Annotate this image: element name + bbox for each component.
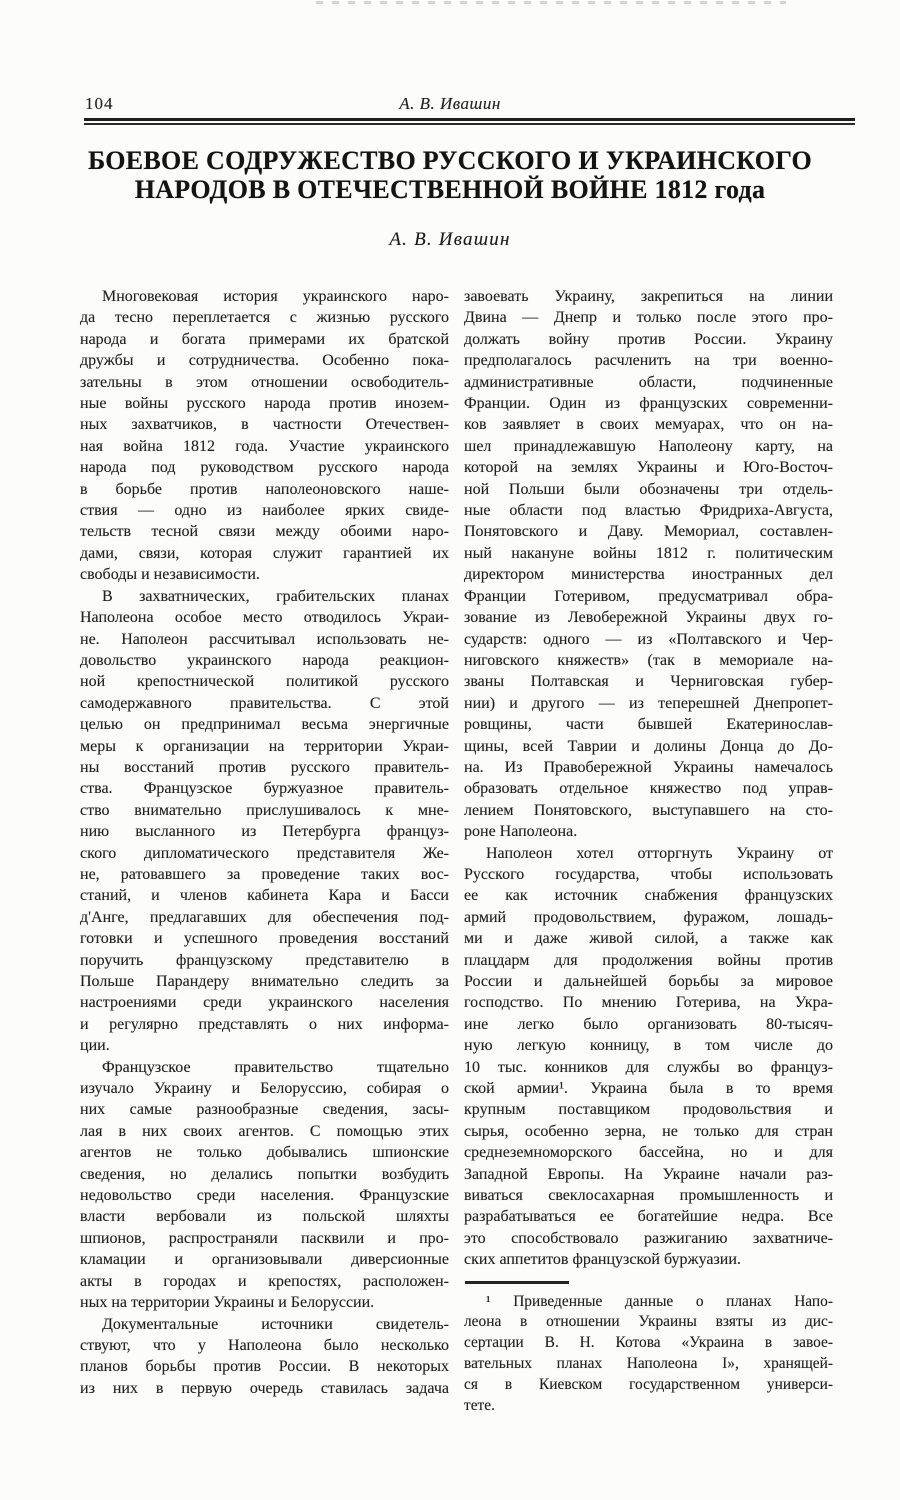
text-line: ная война 1812 года. Участие украинского bbox=[80, 436, 449, 457]
text-line: них самые разнообразные сведения, засы- bbox=[80, 1099, 449, 1120]
title-line-2: НАРОДОВ В ОТЕЧЕСТВЕННОЙ ВОЙНЕ 1812 года bbox=[0, 176, 900, 205]
text-line: тельств тесной связи между обоими наро- bbox=[80, 521, 449, 542]
text-line: это способствовало разжиганию захватниче… bbox=[464, 1228, 833, 1249]
text-line: сведения, но делались попытки возбудить bbox=[80, 1164, 449, 1185]
text-line: нию высланного из Петербурга француз- bbox=[80, 821, 449, 842]
text-line: настроениями среди украинского населения bbox=[80, 992, 449, 1013]
text-line: ее как источник снабжения французских bbox=[464, 885, 833, 906]
text-line: шел принадлежавшую Наполеону карту, на bbox=[464, 436, 833, 457]
text-line: 10 тыс. конников для службы во француз- bbox=[464, 1057, 833, 1078]
text-line: ные войны русского народа против инозем- bbox=[80, 393, 449, 414]
text-line: народа под руководством русского народа bbox=[80, 457, 449, 478]
text-line: Наполеона особое место отводилось Украи- bbox=[80, 607, 449, 628]
text-line: готовки и успешного проведения восстаний bbox=[80, 928, 449, 949]
text-line: свободы и независимости. bbox=[80, 564, 449, 585]
text-line: изучало Украину и Белоруссию, собирая о bbox=[80, 1078, 449, 1099]
text-line: среднеземноморского бассейна, но и для bbox=[464, 1142, 833, 1163]
text-line: В захватнических, грабительских планах bbox=[80, 586, 449, 607]
document-page: 104 А. В. Ивашин БОЕВОЕ СОДРУЖЕСТВО РУСС… bbox=[0, 0, 900, 1500]
text-line: ный накануне войны 1812 г. политическим bbox=[464, 543, 833, 564]
text-line: дружбы и сотрудничества. Особенно пока- bbox=[80, 350, 449, 371]
footnote-rule bbox=[465, 1281, 569, 1284]
text-line: планов борьбы против России. В некоторых bbox=[80, 1356, 449, 1377]
text-line: кламации и организовывали диверсионные bbox=[80, 1249, 449, 1270]
text-line: разрабатываться ее богатейшие недра. Все bbox=[464, 1206, 833, 1227]
text-line: в борьбе против наполеоновского наше- bbox=[80, 479, 449, 500]
text-line: лая в них своих агентов. С помощью этих bbox=[80, 1121, 449, 1142]
text-line: званы Полтавская и Черниговская губер- bbox=[464, 671, 833, 692]
text-line: ные области под властью Фридриха-Августа… bbox=[464, 500, 833, 521]
text-line: ствуют, что у Наполеона было несколько bbox=[80, 1335, 449, 1356]
article-author: А. В. Ивашин bbox=[0, 229, 900, 251]
text-line: власти вербовали из польской шляхты bbox=[80, 1206, 449, 1227]
text-line: шпионов, распространяли пасквили и про- bbox=[80, 1228, 449, 1249]
text-line: и регулярно представлять о них информа- bbox=[80, 1014, 449, 1035]
text-line: образовать отдельное княжество под управ… bbox=[464, 778, 833, 799]
text-line: Франции Готеривом, предусматривал обра- bbox=[464, 586, 833, 607]
text-line: д'Анге, предлагавших для обеспечения под… bbox=[80, 907, 449, 928]
text-line: ных захватчиков, в частности Отечествен- bbox=[80, 414, 449, 435]
running-header: 104 А. В. Ивашин bbox=[0, 94, 900, 116]
footnote: ¹ Приведенные данные о планах Напо-леона… bbox=[464, 1292, 833, 1417]
footnote-line: ся в Киевском государственном универси- bbox=[464, 1375, 833, 1396]
text-line: ны восстаний против русского правитель- bbox=[80, 757, 449, 778]
text-line: поручить французскому представителю в bbox=[80, 950, 449, 971]
text-line: завоевать Украину, закрепиться на линии bbox=[464, 286, 833, 307]
text-line: ции. bbox=[80, 1035, 449, 1056]
text-line: господство. По мнению Готерива, на Укра- bbox=[464, 992, 833, 1013]
text-line: ствия — одно из наиболее ярких свиде- bbox=[80, 500, 449, 521]
text-line: довольство украинского народа реакцион- bbox=[80, 650, 449, 671]
text-line: ной крепостнической политикой русского bbox=[80, 671, 449, 692]
footnote-line: вательных планах Наполеона I», хранящей- bbox=[464, 1354, 833, 1375]
text-line: ной Польши были обозначены три отдель- bbox=[464, 479, 833, 500]
text-line: агентов не только добывались шпионские bbox=[80, 1142, 449, 1163]
title-line-1: БОЕВОЕ СОДРУЖЕСТВО РУССКОГО И УКРАИНСКОГ… bbox=[0, 147, 900, 176]
text-line: народа и богата примерами их братской bbox=[80, 329, 449, 350]
right-column-text: завоевать Украину, закрепиться на линииД… bbox=[464, 286, 833, 1271]
footnote-line: ¹ Приведенные данные о планах Напо- bbox=[464, 1292, 833, 1313]
scan-artifact-line bbox=[316, 1, 786, 4]
right-column: завоевать Украину, закрепиться на линииД… bbox=[464, 286, 833, 1416]
left-column: Многовековая история украинского наро-да… bbox=[80, 286, 449, 1416]
text-line: зательны в этом отношении освободитель- bbox=[80, 372, 449, 393]
text-line: России и дальнейшей борьбы за мировое bbox=[464, 971, 833, 992]
text-line: Двина — Днепр и только после этого про- bbox=[464, 307, 833, 328]
text-columns: Многовековая история украинского наро-да… bbox=[80, 286, 833, 1416]
text-line: Понятовского и Даву. Мемориал, составлен… bbox=[464, 521, 833, 542]
footnote-line: тете. bbox=[464, 1396, 833, 1417]
text-line: Польше Парандеру внимательно следить за bbox=[80, 971, 449, 992]
text-line: ную легкую конницу, в том числе до bbox=[464, 1035, 833, 1056]
text-line: роне Наполеона. bbox=[464, 821, 833, 842]
header-rule bbox=[84, 118, 855, 125]
text-line: ство внимательно прислушивалось к мне- bbox=[80, 800, 449, 821]
text-line: Французское правительство тщательно bbox=[80, 1057, 449, 1078]
text-line: Западной Европы. На Украине начали раз- bbox=[464, 1164, 833, 1185]
footnote-line: леона в отношении Украины взяты из дис- bbox=[464, 1312, 833, 1333]
text-line: ниговского княжеств» (так в мемориале на… bbox=[464, 650, 833, 671]
text-line: не. Наполеон рассчитывал использовать не… bbox=[80, 629, 449, 650]
text-line: сударств: одного — из «Полтавского и Чер… bbox=[464, 629, 833, 650]
text-line: Многовековая история украинского наро- bbox=[80, 286, 449, 307]
text-line: станий, и членов кабинета Кара и Басси bbox=[80, 885, 449, 906]
running-title: А. В. Ивашин bbox=[0, 94, 900, 114]
text-line: ской армии¹. Украина была в то время bbox=[464, 1078, 833, 1099]
text-line: самодержавного правительства. С этой bbox=[80, 693, 449, 714]
text-line: не, ратовавшего за проведение таких вос- bbox=[80, 864, 449, 885]
text-line: меры к организации на территории Украи- bbox=[80, 736, 449, 757]
text-line: ских аппетитов французской буржуазии. bbox=[464, 1249, 833, 1270]
text-line: да тесно переплетается с жизнью русского bbox=[80, 307, 449, 328]
text-line: зование из Левобережной Украины двух го- bbox=[464, 607, 833, 628]
article-title: БОЕВОЕ СОДРУЖЕСТВО РУССКОГО И УКРАИНСКОГ… bbox=[0, 147, 900, 204]
text-line: ми и даже живой силой, а также как bbox=[464, 928, 833, 949]
text-line: нии) и другого — из теперешней Днепропет… bbox=[464, 693, 833, 714]
text-line: ства. Французское буржуазное правитель- bbox=[80, 778, 449, 799]
text-line: сырья, особенно зерна, не только для стр… bbox=[464, 1121, 833, 1142]
text-line: ков заявляет в своих мемуарах, что он на… bbox=[464, 414, 833, 435]
text-line: Русского государства, чтобы использовать bbox=[464, 864, 833, 885]
text-line: предполагалось расчленить на три военно- bbox=[464, 350, 833, 371]
text-line: которой на землях Украины и Юго-Восточ- bbox=[464, 457, 833, 478]
text-line: акты в городах и крепостях, расположен- bbox=[80, 1271, 449, 1292]
text-line: Наполеон хотел отторгнуть Украину от bbox=[464, 843, 833, 864]
text-line: Документальные источники свидетель- bbox=[80, 1314, 449, 1335]
page-number: 104 bbox=[85, 94, 114, 114]
text-line: крупным поставщиком продовольствия и bbox=[464, 1099, 833, 1120]
text-line: должать войну против России. Украину bbox=[464, 329, 833, 350]
text-line: лением Понятовского, выступавшего на сто… bbox=[464, 800, 833, 821]
text-line: плацдарм для продолжения войны против bbox=[464, 950, 833, 971]
text-line: из них в первую очередь ставилась задача bbox=[80, 1378, 449, 1399]
text-line: целью он предпринимал весьма энергичные bbox=[80, 714, 449, 735]
text-line: ине легко было организовать 80-тысяч- bbox=[464, 1014, 833, 1035]
text-line: недовольство среди населения. Французски… bbox=[80, 1185, 449, 1206]
text-line: дами, связи, которая служит гарантией их bbox=[80, 543, 449, 564]
left-column-text: Многовековая история украинского наро-да… bbox=[80, 286, 449, 1399]
text-line: ского дипломатического представителя Же- bbox=[80, 843, 449, 864]
text-line: армий продовольствием, фуражом, лошадь- bbox=[464, 907, 833, 928]
footnote-line: сертации В. Н. Котова «Украина в завое- bbox=[464, 1333, 833, 1354]
text-line: ных на территории Украины и Белоруссии. bbox=[80, 1292, 449, 1313]
text-line: Франции. Один из французских современни- bbox=[464, 393, 833, 414]
text-line: на. Из Правобережной Украины намечалось bbox=[464, 757, 833, 778]
text-line: щины, всей Таврии и долины Донца до До- bbox=[464, 736, 833, 757]
text-line: виваться свеклосахарная промышленность и bbox=[464, 1185, 833, 1206]
text-line: ровщины, части бывшей Екатеринослав- bbox=[464, 714, 833, 735]
text-line: административные области, подчиненные bbox=[464, 372, 833, 393]
text-line: директором министерства иностранных дел bbox=[464, 564, 833, 585]
